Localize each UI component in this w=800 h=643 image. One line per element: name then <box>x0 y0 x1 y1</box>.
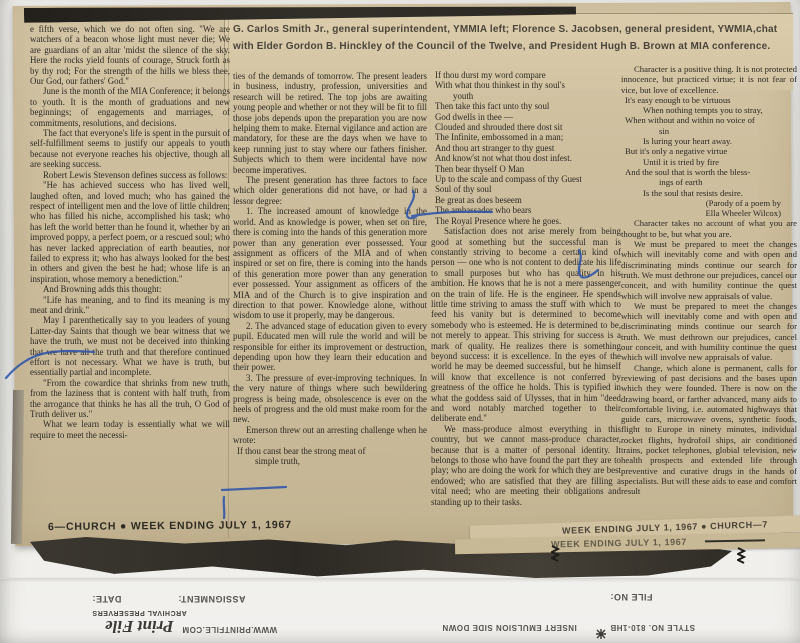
text-block: "He has achieved success who has lived w… <box>30 180 230 284</box>
text-block: June is the month of the MIA Conference;… <box>30 86 230 128</box>
article-column-2: ties of the demands of tomorrow. The pre… <box>233 71 427 517</box>
text-block: (Parody of a poem by <box>621 198 797 208</box>
sleeve-pocket-edge <box>0 578 800 579</box>
text-block: And thou art stranger to thy guest <box>431 143 621 153</box>
text-block: 2. The advanced stage of education given… <box>233 321 427 373</box>
page-footer: 6—CHURCH ● WEEK ENDING JULY 1, 1967 <box>48 519 292 533</box>
text-block: 3. The pressure of ever-improving techni… <box>233 373 427 425</box>
text-block: sin <box>621 126 797 136</box>
text-block: The present generation has three factors… <box>233 175 427 206</box>
text-block: simple truth, <box>233 456 427 466</box>
article-column-3: If thou durst my word compareWith what t… <box>431 70 621 520</box>
sleeve-style-no: STYLE NO. 810-1HB <box>610 623 695 632</box>
serration-mark-icon <box>737 547 747 565</box>
text-block: 1. The increased amount of knowledge in … <box>233 206 427 320</box>
photo-caption-line1: G. Carlos Smith Jr., general superintend… <box>233 21 789 38</box>
text-block: Emerson threw out an arresting challenge… <box>233 425 427 446</box>
text-block: Then bear thyself O Man <box>431 164 621 174</box>
text-block: Character takes no account of what you a… <box>621 218 797 239</box>
printfile-logo-name: Print File <box>92 617 187 635</box>
text-block: But it's only a negative virtue <box>621 146 797 156</box>
text-block: It's easy enough to be virtuous <box>621 95 797 105</box>
text-block: And know'st not what thou dost infest. <box>431 153 621 163</box>
text-block: Up to the scale and compass of thy Guest <box>431 174 621 184</box>
text-block: The Royal Presence where he goes. <box>431 216 621 226</box>
folded-page-edge-strip-2-text: WEEK ENDING JULY 1, 1967 <box>551 537 687 550</box>
text-block: ties of the demands of tomorrow. The pre… <box>233 71 427 175</box>
text-block: Clouded and shrouded there dost sit <box>431 122 621 132</box>
text-block: Soul of thy soul <box>431 184 621 194</box>
text-block: And Browning adds this thought: <box>30 284 230 294</box>
printfile-logo: Print File ARCHIVAL PRESERVERS <box>92 608 187 635</box>
text-block: May I parenthetically say to you leaders… <box>30 315 230 377</box>
text-block: When without and within no voice of <box>621 115 797 125</box>
photo-caption: G. Carlos Smith Jr., general superintend… <box>233 21 789 55</box>
text-block: When nothing tempts you to stray, <box>621 105 797 115</box>
text-block: We must be prepared to meet the changes … <box>621 301 797 363</box>
text-block: We must be prepared to meet the changes … <box>621 239 797 301</box>
text-block: Satisfaction does not arise merely from … <box>431 226 621 424</box>
printfile-url: WWW.PRINTFILE.COM <box>182 625 277 634</box>
text-block: God dwells in thee — <box>431 112 621 122</box>
text-block: With what thou thinkest in thy soul's <box>431 80 621 90</box>
text-block: "Life has meaning, and to find its meani… <box>30 295 230 316</box>
photo-caption-line2: with Elder Gordon B. Hinckley of the Cou… <box>233 38 789 55</box>
asterisk-mark-icon <box>595 628 607 640</box>
text-block: Robert Lewis Stevenson defines success a… <box>30 170 230 180</box>
text-block: Ella Wheeler Wilcox) <box>621 208 797 218</box>
text-block: The fact that everyone's life is spent i… <box>30 128 230 170</box>
article-column-1: e fifth verse, which we do not often sin… <box>30 24 230 522</box>
sleeve-insert-note: INSERT EMULSION SIDE DOWN <box>442 623 577 632</box>
text-block: Be great as does beseem <box>431 195 621 205</box>
text-block: Change, which alone is permanent, calls … <box>621 363 797 497</box>
printfile-logo-tagline: ARCHIVAL PRESERVERS <box>92 608 187 617</box>
scan-shadow-left-edge <box>11 390 24 544</box>
sleeve-assignment-label: ASSIGNMENT: <box>178 594 246 604</box>
text-block: We mass-produce almost everything in thi… <box>431 424 621 507</box>
text-block: And the soul that is worth the bless- <box>621 167 797 177</box>
text-block: Is the soul that resists desire. <box>621 188 797 198</box>
sleeve-file-no-label: FILE NO: <box>610 592 653 602</box>
text-block: Is luring your heart away. <box>621 136 797 146</box>
text-block: Until it is tried by fire <box>621 157 797 167</box>
text-block: e fifth verse, which we do not often sin… <box>30 24 230 86</box>
serration-mark-icon <box>551 545 561 563</box>
text-block: Character is a positive thing. It is not… <box>621 64 797 95</box>
text-block: "From the cowardice that shrinks from ne… <box>30 378 230 420</box>
text-block: If thou canst bear the strong meat of <box>233 446 427 456</box>
text-block: The ambassador who bears <box>431 205 621 215</box>
text-block: What we learn today is essentially what … <box>30 419 230 440</box>
text-block: If thou durst my word compare <box>431 70 621 80</box>
pen-scribble-mark <box>705 539 765 542</box>
text-block: youth <box>431 91 621 101</box>
text-block: Then take this fact unto thy soul <box>431 101 621 111</box>
text-block: ings of earth <box>621 177 797 187</box>
sleeve-date-label: DATE: <box>92 594 121 604</box>
article-column-4: Character is a positive thing. It is not… <box>621 64 797 520</box>
text-block: The Infinite, embossomed in a man; <box>431 132 621 142</box>
